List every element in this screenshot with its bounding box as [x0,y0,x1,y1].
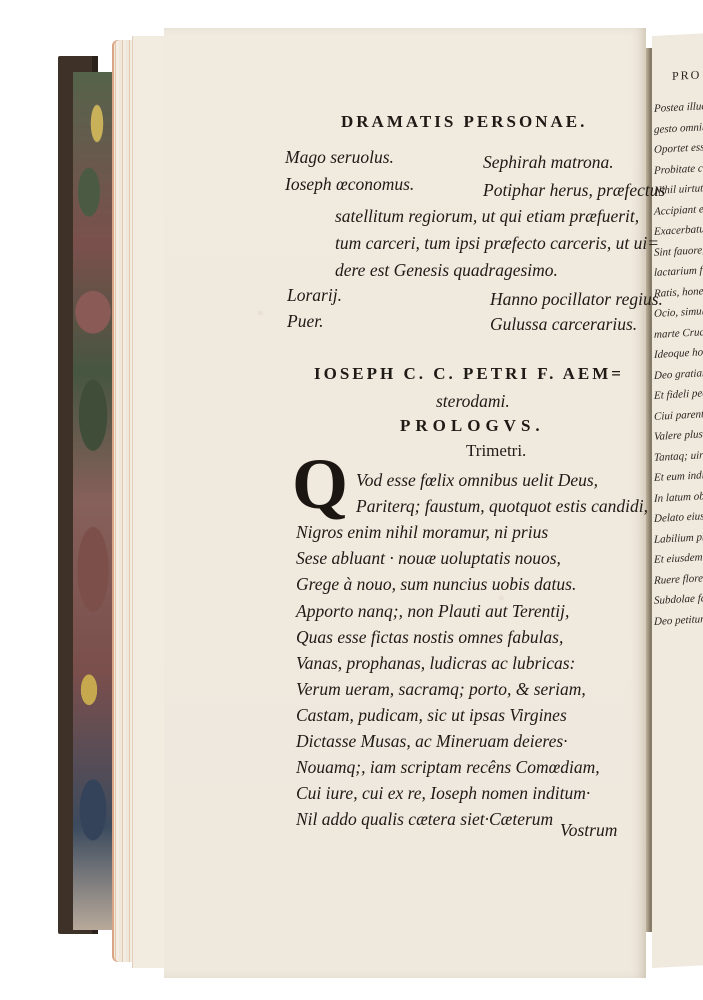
prologue-heading: PROLOGVS. [400,416,545,436]
facing-text-line: Valere plus quam uirg [652,424,703,447]
verse-line: Grege à nouo, sum nuncius uobis datus. [296,574,576,595]
verse-line: Nigros enim nihil moramur, ni prius [296,522,548,543]
cast-entry-right: Sephirah matrona. [483,152,614,173]
cast-entry-left: Puer. [287,311,323,332]
facing-text-line: Delato eius, fraudem [652,506,703,529]
facing-text-line: Deo petitur, pulsus con [652,609,703,632]
cast-entry-right: Hanno pocillator regius. [490,289,663,310]
cast-entry-left: Lorarij. [287,285,342,306]
facing-text-line: marte Cruce, publica [652,322,703,345]
facing-text-line: In latum ob ipsum uen [652,486,703,509]
marbled-pastedown [73,72,113,930]
facing-text-line: gesto omnibus commu [652,117,703,140]
facing-text-line: Postea illud esto indi [652,96,703,119]
facing-text-block: Postea illud esto indigesto omnibus comm… [652,96,703,632]
verse-line: Castam, pudicam, sic ut ipsas Virgines [296,705,567,726]
verse-line: Nil addo qualis cætera siet·Cæterum [296,809,553,830]
meter-label: Trimetri. [466,441,526,461]
cast-entry-left: Ioseph œconomus. [285,174,414,195]
cast-description: dere est Genesis quadragesimo. [335,260,558,281]
author-line: IOSEPH C. C. PETRI F. AEM= [314,364,624,384]
facing-text-line: Deo gratiarum differ [652,363,703,386]
facing-text-line: Ciui parentis filius ab [652,404,703,427]
cast-heading: DRAMATIS PERSONAE. [341,112,587,132]
facing-text-line: lactarium frias, q [652,260,703,283]
cast-entry-right: Gulussa carcerarius. [490,314,637,335]
facing-text-line: Et eiusdem gubernat ered [652,547,703,570]
facing-text-line: Et eum indignis fratrum [652,465,703,488]
facing-text-line: Tantaq; uirtutum catera [652,445,703,468]
facing-running-head: PRO [652,33,703,99]
verse-line: Quas esse fictas nostis omnes fabulas, [296,627,563,648]
verse-line: Pariterq; faustum, quotquot estis candid… [356,496,648,517]
facing-text-line: Exacerbatus hoc tamen [652,219,703,242]
verse-line: Verum ueram, sacramq; porto, & seriam, [296,679,586,700]
verse-line: Dictasse Musas, ac Mineruam deieres· [296,731,568,752]
facing-text-line: Oportet esse uita spect [652,137,703,160]
drop-cap: Q [292,448,348,520]
facing-text-line: Subdolae facta capite amor [652,588,703,611]
verse-line: Nouamq;, iam scriptam recêns Comœdiam, [296,757,600,778]
verse-line: Sese abluant · nouæ uoluptatis nouos, [296,548,561,569]
facing-text-line: Probitate cunctis gratiam [652,158,703,181]
facing-text-line: Ruere florens lubrica, [652,568,703,591]
cast-description: tum carceri, tum ipsi præfecto carceris,… [335,233,659,254]
author-line-continuation: sterodami. [436,391,510,412]
verse-line: Apporto nanq;, non Plauti aut Terentij, [296,601,569,622]
cast-entry-right: Potiphar herus, præfectus [483,180,665,201]
verse-line: Vod esse fœlix omnibus uelit Deus, [356,470,598,491]
verse-line: Cui iure, cui ex re, Ioseph nomen inditu… [296,783,590,804]
facing-text-line: Sint fauore, nostre et i [652,240,703,263]
facing-page: PRO Postea illud esto indigesto omnibus … [652,33,703,968]
facing-text-line: Et fideli pectore n [652,383,703,406]
cast-description: satellitum regiorum, ut qui etiam præfue… [335,206,639,227]
catchword: Vostrum [560,820,617,841]
cast-entry-left: Mago seruolus. [285,147,394,168]
facing-text-line: Labilium profecto regi [652,527,703,550]
facing-text-line: Accipiant est ut quid ma [652,199,703,222]
facing-text-line: Ideoque hoc agamus, [652,342,703,365]
verse-line: Vanas, prophanas, ludicras ac lubricas: [296,653,575,674]
